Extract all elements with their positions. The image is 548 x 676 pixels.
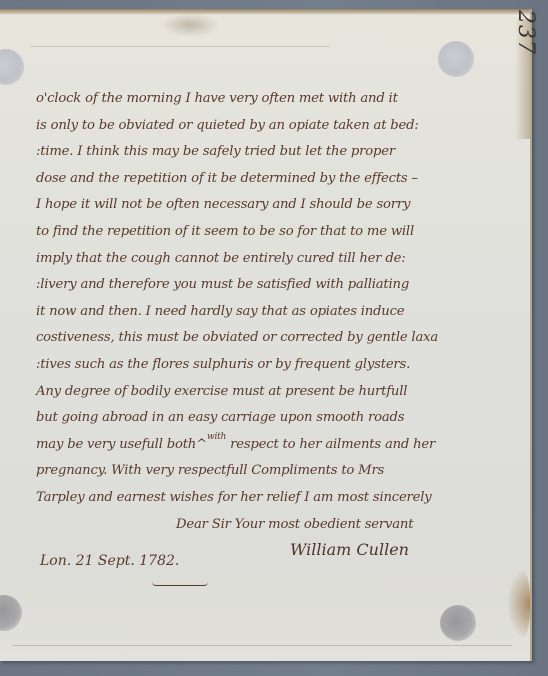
line-text: respect to her ailments and her	[230, 437, 435, 452]
edge-stain	[508, 569, 530, 639]
letter-line: is only to be obviated or quieted by an …	[36, 113, 476, 140]
letter-line: costiveness, this must be obviated or co…	[36, 325, 476, 352]
letter-line-with-insertion: may be very usefull both^with respect to…	[36, 432, 476, 459]
letter-body: o'clock of the morning I have very often…	[36, 86, 476, 538]
letter-line: :livery and therefore you must be satisf…	[36, 272, 476, 299]
line-text: may be very usefull both	[36, 437, 196, 452]
fold-line	[30, 46, 330, 47]
letter-line: imply that the cough cannot be entirely …	[36, 246, 476, 273]
letter-line: but going abroad in an easy carriage upo…	[36, 405, 476, 432]
letter-line: pregnancy. With very respectfull Complim…	[36, 458, 476, 485]
letter-line: it now and then. I need hardly say that …	[36, 299, 476, 326]
flourish-underline	[152, 582, 208, 586]
letter-line: :tives such as the flores sulphuris or b…	[36, 352, 476, 379]
signature: William Cullen	[290, 540, 409, 559]
letter-line: Any degree of bodily exercise must at pr…	[36, 379, 476, 406]
page-top-edge-discoloration	[0, 9, 530, 15]
letter-line: o'clock of the morning I have very often…	[36, 86, 476, 113]
letter-line: Tarpley and earnest wishes for her relie…	[36, 485, 476, 512]
mount-pin-mark-icon	[440, 605, 476, 641]
complimentary-close: Dear Sir Your most obedient servant	[36, 512, 476, 539]
caret-mark: ^	[196, 437, 207, 452]
folio-number: 237	[504, 10, 538, 80]
interlinear-insertion: with	[207, 432, 226, 442]
mount-pin-mark-icon	[0, 595, 22, 631]
dateline: Lon. 21 Sept. 1782.	[40, 553, 179, 569]
letter-line: dose and the repetition of it be determi…	[36, 166, 476, 193]
mount-pin-mark-icon	[0, 49, 24, 85]
letter-line: to find the repetition of it seem to be …	[36, 219, 476, 246]
mount-pin-mark-icon	[438, 41, 474, 77]
torn-edge-line	[12, 645, 512, 647]
stain-mark	[160, 13, 220, 37]
letter-line: :time. I think this may be safely tried …	[36, 139, 476, 166]
letter-line: I hope it will not be often necessary an…	[36, 192, 476, 219]
